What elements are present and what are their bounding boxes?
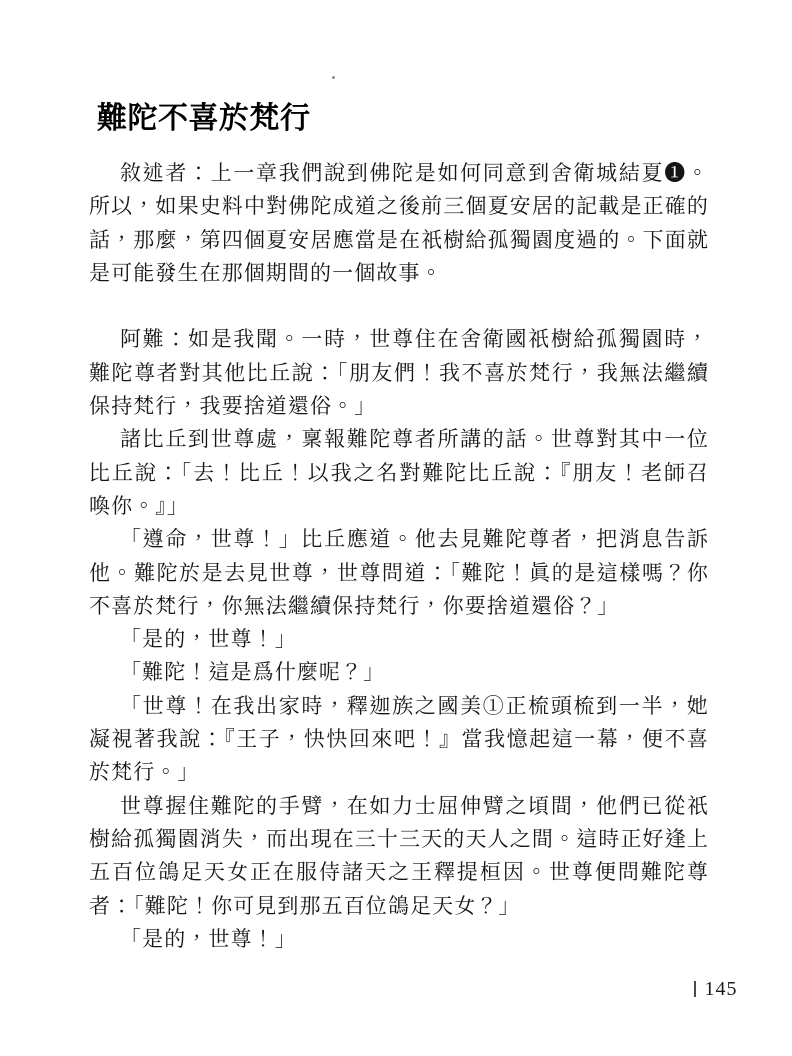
- text-line: 「世尊！在我出家時，釋迦族之國美①正梳頭梳到一半，她: [89, 690, 709, 723]
- text-line: 敘述者：上一章我們說到佛陀是如何同意到舍衛城結夏❶。: [89, 157, 709, 190]
- text-line: 喚你。』」: [89, 490, 709, 523]
- text-line: 難陀尊者對其他比丘說：「朋友們！我不喜於梵行，我無法繼續: [89, 357, 709, 390]
- text-line: 世尊握住難陀的手臂，在如力士屈伸臂之頃間，他們已從祇: [89, 790, 709, 823]
- text-line: 五百位鴿足天女正在服侍諸天之王釋提桓因。世尊便問難陀尊: [89, 856, 709, 889]
- text-line: 「是的，世尊！」: [89, 623, 709, 656]
- text-line: 所以，如果史料中對佛陀成道之後前三個夏安居的記載是正確的: [89, 190, 709, 223]
- paragraph: 世尊握住難陀的手臂，在如力士屈伸臂之頃間，他們已從祇樹給孤獨園消失，而出現在三十…: [89, 790, 709, 923]
- paragraph: 「是的，世尊！」: [89, 923, 709, 956]
- text-line: 保持梵行，我要捨道還俗。」: [89, 390, 709, 423]
- page-number: 145: [705, 979, 738, 999]
- text-line: 凝視著我說：『王子，快快回來吧！』當我憶起這一幕，便不喜: [89, 723, 709, 756]
- text-line: 「是的，世尊！」: [89, 923, 709, 956]
- page-body: 敘述者：上一章我們說到佛陀是如何同意到舍衛城結夏❶。所以，如果史料中對佛陀成道之…: [89, 157, 709, 956]
- paragraph: 諸比丘到世尊處，稟報難陀尊者所講的話。世尊對其中一位比丘說：「去！比丘！以我之名…: [89, 423, 709, 523]
- book-page: 難陀不喜於梵行 敘述者：上一章我們說到佛陀是如何同意到舍衛城結夏❶。所以，如果史…: [0, 0, 792, 1056]
- text-line: 他。難陀於是去見世尊，世尊問道：「難陀！眞的是這樣嗎？你: [89, 557, 709, 590]
- paragraph: 「是的，世尊！」: [89, 623, 709, 656]
- chapter-title: 難陀不喜於梵行: [97, 103, 311, 135]
- text-line: 比丘說：「去！比丘！以我之名對難陀比丘說：『朋友！老師召: [89, 457, 709, 490]
- text-line: 阿難：如是我聞。一時，世尊住在舍衛國祇樹給孤獨園時，: [89, 323, 709, 356]
- text-line: 於梵行。」: [89, 756, 709, 789]
- page-footer: 145: [694, 979, 738, 999]
- paragraph: 「難陀！這是爲什麼呢？」: [89, 656, 709, 689]
- scan-artifact-dot: [332, 76, 335, 79]
- text-line: 話，那麼，第四個夏安居應當是在祇樹給孤獨園度過的。下面就: [89, 224, 709, 257]
- paragraph: 阿難：如是我聞。一時，世尊住在舍衛國祇樹給孤獨園時，難陀尊者對其他比丘說：「朋友…: [89, 323, 709, 423]
- text-line: 諸比丘到世尊處，稟報難陀尊者所講的話。世尊對其中一位: [89, 423, 709, 456]
- text-line: 是可能發生在那個期間的一個故事。: [89, 257, 709, 290]
- text-line: 「難陀！這是爲什麼呢？」: [89, 656, 709, 689]
- paragraph: 「遵命，世尊！」比丘應道。他去見難陀尊者，把消息告訴他。難陀於是去見世尊，世尊問…: [89, 523, 709, 623]
- paragraph: 敘述者：上一章我們說到佛陀是如何同意到舍衛城結夏❶。所以，如果史料中對佛陀成道之…: [89, 157, 709, 290]
- text-line: 者：「難陀！你可見到那五百位鴿足天女？」: [89, 890, 709, 923]
- text-line: 「遵命，世尊！」比丘應道。他去見難陀尊者，把消息告訴: [89, 523, 709, 556]
- folio-divider: [694, 981, 696, 997]
- text-line: 不喜於梵行，你無法繼續保持梵行，你要捨道還俗？」: [89, 590, 709, 623]
- text-line: 樹給孤獨園消失，而出現在三十三天的天人之間。這時正好逢上: [89, 823, 709, 856]
- paragraph: 「世尊！在我出家時，釋迦族之國美①正梳頭梳到一半，她凝視著我說：『王子，快快回來…: [89, 690, 709, 790]
